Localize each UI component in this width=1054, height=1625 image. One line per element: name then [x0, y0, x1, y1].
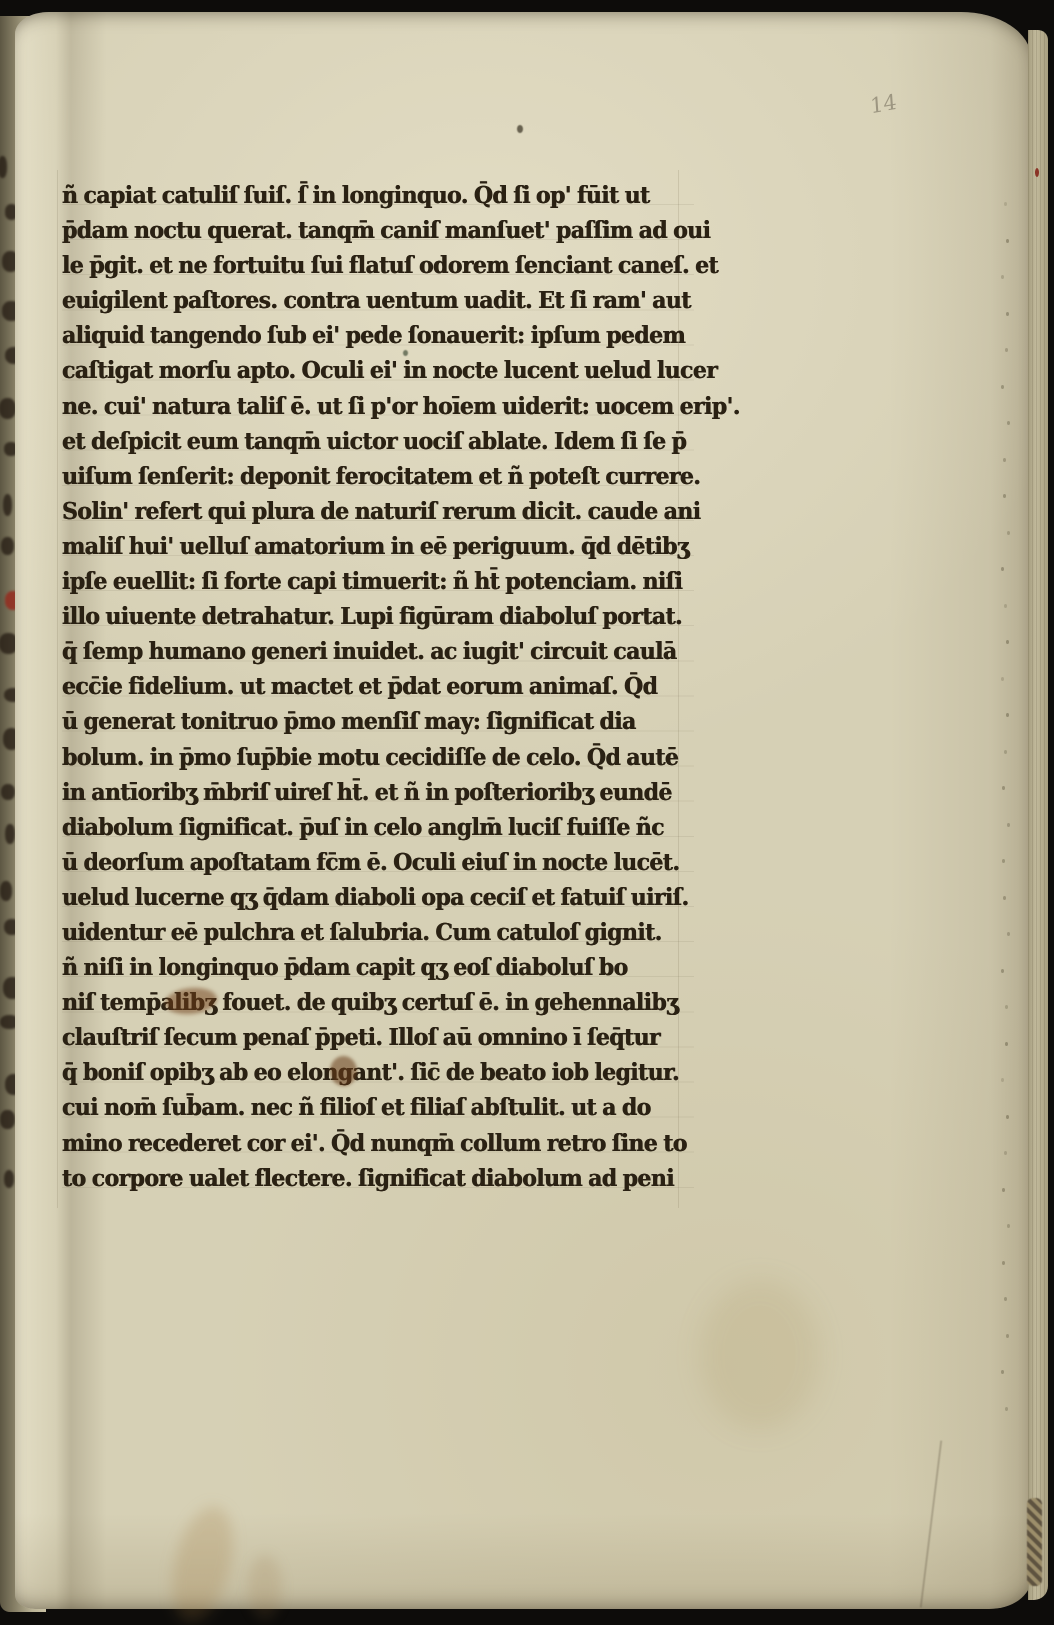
text-line: ipſe euellit: ſi forte capi timuerit: ñ …	[62, 564, 694, 600]
text-line: cui nom̄ ſub̄am. nec ñ filioſ et filiaſ …	[62, 1090, 694, 1126]
text-line: p̄dam noctu querat. tanqm̄ caniſ manſuet…	[62, 213, 694, 249]
text-line: mino recederet cor ei'. Q̄d nunqm̄ collu…	[62, 1126, 694, 1162]
text-line: to corpore ualet flectere. ſignificat di…	[62, 1161, 694, 1197]
red-edge-speck	[1035, 168, 1039, 177]
text-line: diabolum ſignificat. p̄uſ in celo anglm̄…	[62, 810, 694, 846]
text-line: uidentur eē pulchra et ſalubria. Cum cat…	[62, 915, 694, 951]
text-line: illo uiuente detrahatur. Lupi figūram di…	[62, 599, 694, 635]
text-block: ñ capiat catuliſ ſuiſ. ſ̄ in longinquo. …	[62, 178, 694, 1200]
text-line: maliſ hui' uelluſ amatorium in eē perigu…	[62, 529, 694, 565]
folio-number: 14	[869, 90, 897, 119]
text-line: q̄ ſemp humano generi inuidet. ac iugit'…	[62, 634, 694, 670]
text-line: uiſum ſenſerit: deponit ferocitatem et ñ…	[62, 459, 694, 495]
text-line: Solin' refert qui plura de naturiſ rerum…	[62, 494, 694, 530]
text-line: caſtigat morſu apto. Oculi ei' in nocte …	[62, 353, 694, 389]
text-line: euigilent paſtores. contra uentum uadit.…	[62, 283, 694, 319]
text-line: bolum. in p̄mo ſup̄bie motu cecidiſſe de…	[62, 740, 694, 776]
text-line: ecc̄ie fidelium. ut mactet et p̄dat eoru…	[62, 669, 694, 705]
text-line: ū deorſum apoſtatam fc̄m ē. Oculi eiuſ i…	[62, 845, 694, 881]
endband	[1027, 1498, 1042, 1586]
text-line: clauſtriſ ſecum penaſ p̄peti. Illoſ aū o…	[62, 1020, 694, 1056]
text-line: ñ capiat catuliſ ſuiſ. ſ̄ in longinquo. …	[62, 178, 694, 214]
text-line: q̄ boniſ opibʒ ab eo elongant'. ſic̄ de …	[62, 1055, 694, 1091]
manuscript-photo: 14 ñ capiat catuliſ ſuiſ. ſ̄ in longinqu…	[0, 0, 1054, 1625]
text-line: in antīoribʒ m̄briſ uireſ ht̄. et ñ in p…	[62, 775, 694, 811]
text-line: ne. cui' natura taliſ ē. ut ſi p'or hoīe…	[62, 389, 694, 425]
text-line: uelud lucerne qʒ q̄dam diaboli opa ceciſ…	[62, 880, 694, 916]
text-line: aliquid tangendo ſub ei' pede ſonauerit:…	[62, 318, 694, 354]
text-line: ū generat tonitruo p̄mo menſiſ may: ſign…	[62, 704, 694, 740]
book-fore-edge	[1028, 30, 1048, 1600]
text-line: niſ temp̄alibʒ fouet. de quibʒ certuſ ē.…	[62, 985, 694, 1021]
text-line: ñ niſi in longinquo p̄dam capit qʒ eoſ d…	[62, 950, 694, 986]
ruling-line-vertical	[57, 170, 58, 1208]
text-line: le p̄git. et ne fortuitu ſui flatuſ odor…	[62, 248, 694, 284]
text-line: et deſpicit eum tanqm̄ uictor uociſ abla…	[62, 424, 694, 460]
